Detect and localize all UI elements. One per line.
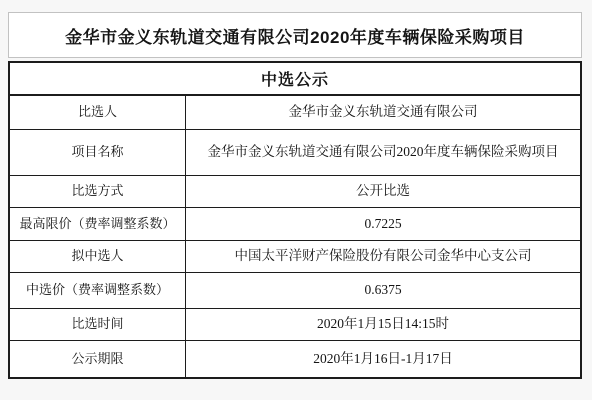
table-row-winning-price: 中选价（费率调整系数） 0.6375	[10, 273, 580, 309]
row-value: 0.6375	[186, 273, 580, 308]
row-value: 0.7225	[186, 208, 580, 240]
table-row-project-name: 项目名称 金华市金义东轨道交通有限公司2020年度车辆保险采购项目	[10, 130, 580, 176]
row-value: 2020年1月15日14:15时	[186, 309, 580, 340]
row-value: 金华市金义东轨道交通有限公司2020年度车辆保险采购项目	[186, 130, 580, 175]
row-value: 中国太平洋财产保险股份有限公司金华中心支公司	[186, 241, 580, 272]
announcement-document: 金华市金义东轨道交通有限公司2020年度车辆保险采购项目 中选公示 比选人 金华…	[8, 12, 582, 379]
row-label: 最高限价（费率调整系数）	[10, 208, 186, 240]
row-label: 比选方式	[10, 176, 186, 207]
table-row-proposed-winner: 拟中选人 中国太平洋财产保险股份有限公司金华中心支公司	[10, 241, 580, 273]
table-row-max-price: 最高限价（费率调整系数） 0.7225	[10, 208, 580, 241]
row-label: 比选人	[10, 96, 186, 129]
table-section-header: 中选公示	[10, 63, 580, 96]
result-table: 中选公示 比选人 金华市金义东轨道交通有限公司 项目名称 金华市金义东轨道交通有…	[8, 61, 582, 379]
table-row-selection-method: 比选方式 公开比选	[10, 176, 580, 208]
row-value: 公开比选	[186, 176, 580, 207]
row-value: 金华市金义东轨道交通有限公司	[186, 96, 580, 129]
row-label: 比选时间	[10, 309, 186, 340]
table-row-selection-time: 比选时间 2020年1月15日14:15时	[10, 309, 580, 341]
row-label: 项目名称	[10, 130, 186, 175]
row-value: 2020年1月16日-1月17日	[186, 341, 580, 377]
row-label: 拟中选人	[10, 241, 186, 272]
row-label: 公示期限	[10, 341, 186, 377]
table-rows: 比选人 金华市金义东轨道交通有限公司 项目名称 金华市金义东轨道交通有限公司20…	[10, 96, 580, 377]
table-row-publicity-period: 公示期限 2020年1月16日-1月17日	[10, 341, 580, 377]
row-label: 中选价（费率调整系数）	[10, 273, 186, 308]
table-row-bidder: 比选人 金华市金义东轨道交通有限公司	[10, 96, 580, 130]
document-title: 金华市金义东轨道交通有限公司2020年度车辆保险采购项目	[8, 12, 582, 58]
